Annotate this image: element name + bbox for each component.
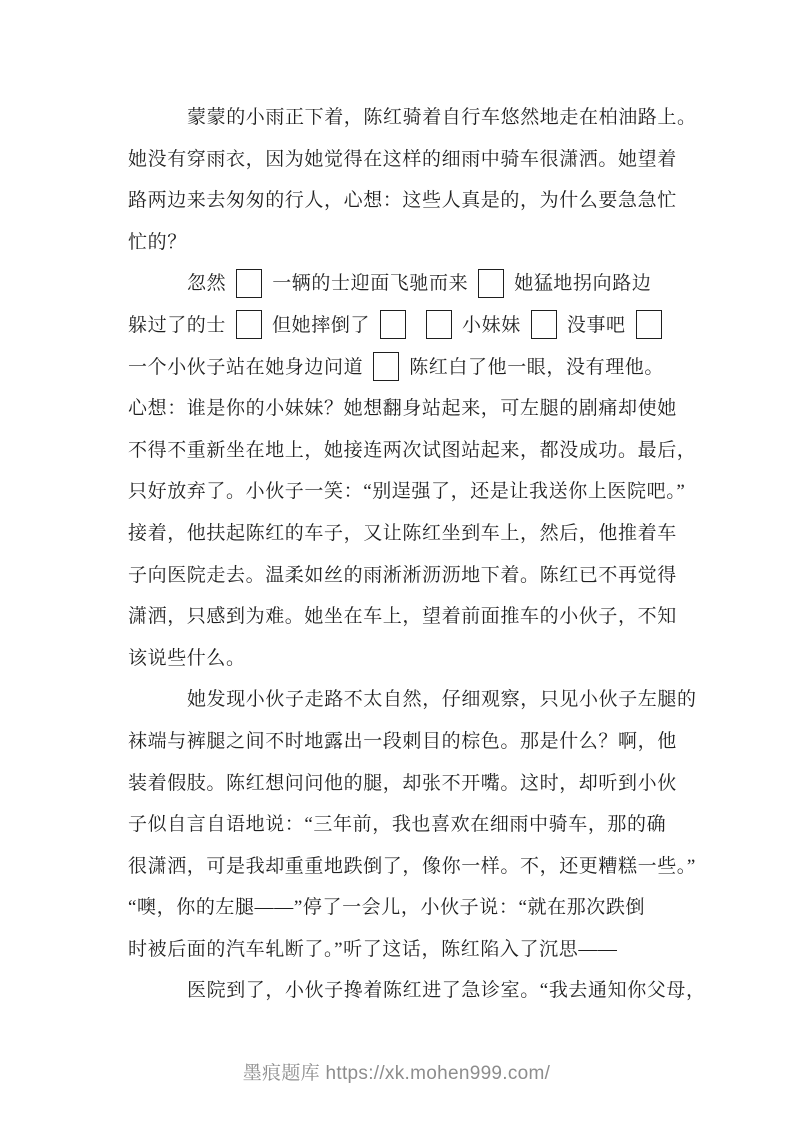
line-text: 她没有穿雨衣，因为她觉得在这样的细雨中骑车很潇洒。她望着 bbox=[128, 149, 677, 170]
text-line: 不得不重新坐在地上，她接连两次试图站起来，都没成功。最后， bbox=[128, 430, 688, 472]
text-line: 袜端与裤腿之间不时地露出一段刺目的棕色。那是什么？啊，他 bbox=[128, 721, 688, 763]
line-text: 忽然 bbox=[187, 273, 226, 294]
line-text: 忙的？ bbox=[128, 232, 187, 253]
text-line: 只好放弃了。小伙子一笑：“别逞强了，还是让我送你上医院吧。” bbox=[128, 471, 688, 513]
line-text: 该说些什么。 bbox=[128, 648, 246, 669]
text-line: 装着假肢。陈红想问问他的腿，却张不开嘴。这时，却听到小伙 bbox=[128, 763, 688, 805]
text-line: 一个小伙子站在她身边问道陈红白了他一眼，没有理他。 bbox=[128, 347, 688, 389]
text-line: 蒙蒙的小雨正下着，陈红骑着自行车悠然地走在柏油路上。 bbox=[128, 97, 688, 139]
punctuation-blank-box bbox=[636, 310, 662, 339]
line-text: 潇洒，只感到为难。她坐在车上，望着前面推车的小伙子，不知 bbox=[128, 606, 677, 627]
text-line: “噢，你的左腿——”停了一会儿，小伙子说：“就在那次跌倒 bbox=[128, 887, 688, 929]
line-text: 只好放弃了。小伙子一笑：“别逞强了，还是让我送你上医院吧。” bbox=[128, 481, 685, 502]
line-text: 袜端与裤腿之间不时地露出一段刺目的棕色。那是什么？啊，他 bbox=[128, 731, 677, 752]
text-line: 忽然一辆的士迎面飞驰而来她猛地拐向路边 bbox=[128, 263, 688, 305]
line-text: 陈红白了他一眼，没有理他。 bbox=[409, 357, 664, 378]
text-line: 很潇洒，可是我却重重地跌倒了，像你一样。不，还更糟糕一些。” bbox=[128, 846, 688, 888]
document-page: 蒙蒙的小雨正下着，陈红骑着自行车悠然地走在柏油路上。她没有穿雨衣，因为她觉得在这… bbox=[0, 0, 793, 1122]
line-text: 一个小伙子站在她身边问道 bbox=[128, 357, 363, 378]
text-line: 她发现小伙子走路不太自然，仔细观察，只见小伙子左腿的 bbox=[128, 679, 688, 721]
punctuation-blank-box bbox=[373, 352, 399, 381]
footer-watermark-text: 墨痕题库 https://xk.mohen999.com/ bbox=[243, 1063, 551, 1084]
punctuation-blank-box bbox=[531, 310, 557, 339]
punctuation-blank-box bbox=[236, 310, 262, 339]
line-text: 没事吧 bbox=[567, 315, 626, 336]
line-text: 蒙蒙的小雨正下着，陈红骑着自行车悠然地走在柏油路上。 bbox=[187, 107, 697, 128]
line-text: 路两边来去匆匆的行人，心想：这些人真是的，为什么要急急忙 bbox=[128, 190, 677, 211]
text-line: 潇洒，只感到为难。她坐在车上，望着前面推车的小伙子，不知 bbox=[128, 596, 688, 638]
line-text: 装着假肢。陈红想问问他的腿，却张不开嘴。这时，却听到小伙 bbox=[128, 773, 677, 794]
line-text: 她猛地拐向路边 bbox=[514, 273, 651, 294]
text-line: 该说些什么。 bbox=[128, 638, 688, 680]
line-text: 但她摔倒了 bbox=[272, 315, 370, 336]
line-text: “噢，你的左腿——”停了一会儿，小伙子说：“就在那次跌倒 bbox=[128, 897, 645, 918]
line-text: 躲过了的士 bbox=[128, 315, 226, 336]
line-text: 她发现小伙子走路不太自然，仔细观察，只见小伙子左腿的 bbox=[187, 689, 697, 710]
text-line: 子向医院走去。温柔如丝的雨淅淅沥沥地下着。陈红已不再觉得 bbox=[128, 555, 688, 597]
line-text: 心想：谁是你的小妹妹？她想翻身站起来，可左腿的剧痛却使她 bbox=[128, 398, 677, 419]
punctuation-blank-box bbox=[478, 269, 504, 298]
line-text: 子似自言自语地说：“三年前，我也喜欢在细雨中骑车，那的确 bbox=[128, 814, 666, 835]
text-line: 接着，他扶起陈红的车子，又让陈红坐到车上，然后，他推着车 bbox=[128, 513, 688, 555]
line-text: 时被后面的汽车轧断了。”听了这话，陈红陷入了沉思—— bbox=[128, 939, 618, 960]
reading-passage: 蒙蒙的小雨正下着，陈红骑着自行车悠然地走在柏油路上。她没有穿雨衣，因为她觉得在这… bbox=[128, 97, 688, 1012]
text-line: 子似自言自语地说：“三年前，我也喜欢在细雨中骑车，那的确 bbox=[128, 804, 688, 846]
line-text: 很潇洒，可是我却重重地跌倒了，像你一样。不，还更糟糕一些。” bbox=[128, 856, 696, 877]
text-line: 医院到了，小伙子搀着陈红进了急诊室。“我去通知你父母， bbox=[128, 970, 688, 1012]
text-line: 躲过了的士但她摔倒了小妹妹没事吧 bbox=[128, 305, 688, 347]
text-line: 心想：谁是你的小妹妹？她想翻身站起来，可左腿的剧痛却使她 bbox=[128, 388, 688, 430]
line-text: 医院到了，小伙子搀着陈红进了急诊室。“我去通知你父母， bbox=[187, 980, 706, 1001]
line-text: 接着，他扶起陈红的车子，又让陈红坐到车上，然后，他推着车 bbox=[128, 523, 677, 544]
punctuation-blank-box bbox=[426, 310, 452, 339]
line-text: 一辆的士迎面飞驰而来 bbox=[272, 273, 468, 294]
text-line: 她没有穿雨衣，因为她觉得在这样的细雨中骑车很潇洒。她望着 bbox=[128, 139, 688, 181]
line-text: 子向医院走去。温柔如丝的雨淅淅沥沥地下着。陈红已不再觉得 bbox=[128, 565, 677, 586]
line-text: 小妹妹 bbox=[462, 315, 521, 336]
punctuation-blank-box bbox=[380, 310, 406, 339]
text-line: 路两边来去匆匆的行人，心想：这些人真是的，为什么要急急忙 bbox=[128, 180, 688, 222]
text-line: 忙的？ bbox=[128, 222, 688, 264]
punctuation-blank-box bbox=[236, 269, 262, 298]
line-text: 不得不重新坐在地上，她接连两次试图站起来，都没成功。最后， bbox=[128, 440, 696, 461]
footer: 墨痕题库 https://xk.mohen999.com/ bbox=[0, 1058, 793, 1085]
text-line: 时被后面的汽车轧断了。”听了这话，陈红陷入了沉思—— bbox=[128, 929, 688, 971]
